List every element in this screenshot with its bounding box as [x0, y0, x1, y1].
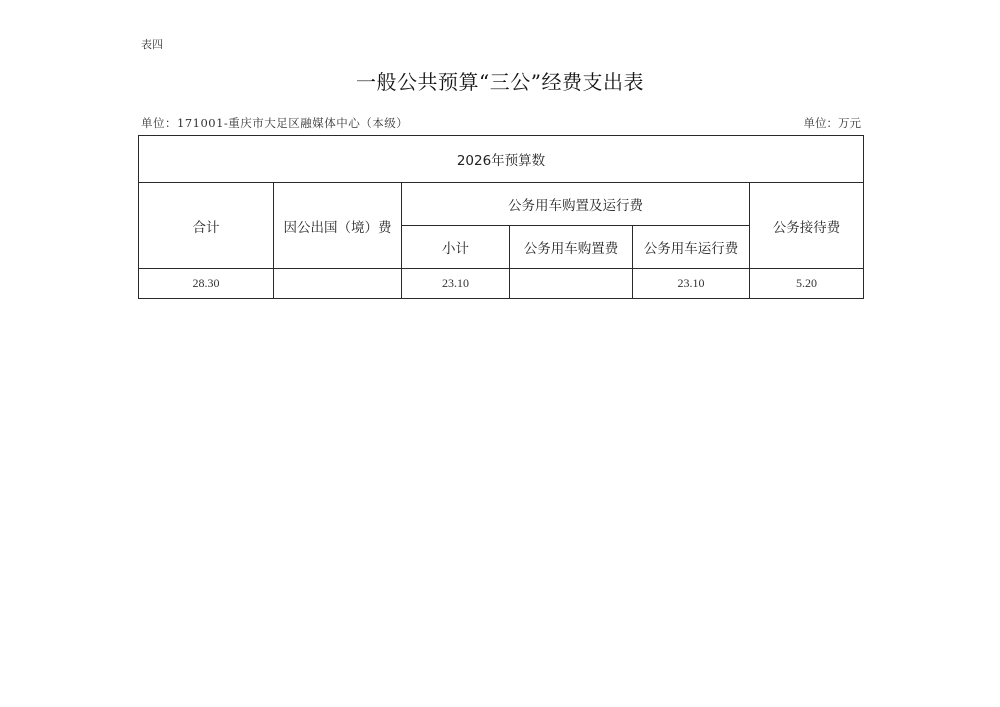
year-header-row: 2026年预算数	[139, 136, 864, 183]
header-vehicle-group: 公务用车购置及运行费	[402, 183, 750, 226]
header-row-1: 合计 因公出国（境）费 公务用车购置及运行费 公务接待费	[139, 183, 864, 226]
document-title: 一般公共预算“三公”经费支出表	[0, 66, 1000, 95]
unit-currency-label: 单位：万元	[804, 115, 862, 131]
cell-vehicle-subtotal: 23.10	[402, 269, 510, 299]
header-overseas: 因公出国（境）费	[274, 183, 402, 269]
cell-total: 28.30	[139, 269, 274, 299]
year-header-cell: 2026年预算数	[139, 136, 864, 183]
unit-organization-label: 单位：171001-重庆市大足区融媒体中心（本级）	[141, 115, 408, 131]
three-public-expenses-table: 2026年预算数 合计 因公出国（境）费 公务用车购置及运行费 公务接待费 小计…	[138, 135, 864, 299]
header-vehicle-purchase: 公务用车购置费	[510, 226, 633, 269]
header-vehicle-subtotal: 小计	[402, 226, 510, 269]
header-total: 合计	[139, 183, 274, 269]
table-row: 28.30 23.10 23.10 5.20	[139, 269, 864, 299]
cell-overseas	[274, 269, 402, 299]
cell-vehicle-operation: 23.10	[633, 269, 750, 299]
table-number-label: 表四	[141, 36, 163, 52]
header-vehicle-operation: 公务用车运行费	[633, 226, 750, 269]
cell-vehicle-purchase	[510, 269, 633, 299]
header-reception: 公务接待费	[750, 183, 864, 269]
cell-reception: 5.20	[750, 269, 864, 299]
